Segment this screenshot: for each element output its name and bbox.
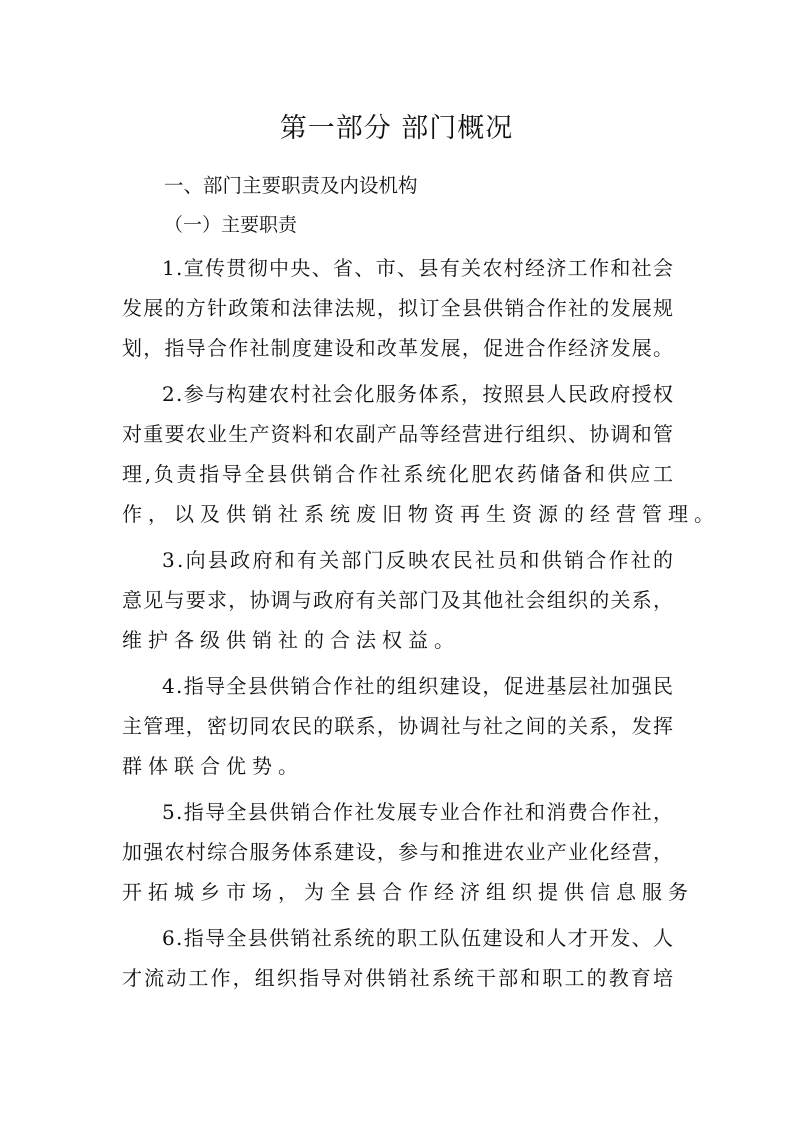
- paragraph-2-line-4: 作，以及供销社系统废旧物资再生资源的经营管理。: [122, 502, 673, 526]
- document-page: 第一部分 部门概况 一、部门主要职责及内设机构 （一）主要职责 1.宣传贯彻中央…: [0, 0, 793, 1122]
- paragraph-3-line-3: 维护各级供销社的合法权益。: [122, 628, 673, 652]
- paragraph-1-line-2: 发展的方针政策和法律法规，拟订全县供销合作社的发展规: [122, 296, 673, 320]
- paragraph-1-line-1: 1.宣传贯彻中央、省、市、县有关农村经济工作和社会: [162, 256, 673, 280]
- section-heading: 一、部门主要职责及内设机构: [164, 170, 418, 198]
- paragraph-6-line-2: 才流动工作，组织指导对供销社系统干部和职工的教育培: [122, 966, 673, 990]
- paragraph-2-line-3: 理,负责指导全县供销合作社系统化肥农药储备和供应工: [122, 462, 673, 486]
- paragraph-1-line-3: 划，指导合作社制度建设和改革发展，促进合作经济发展。: [122, 336, 673, 360]
- paragraph-5-line-2: 加强农村综合服务体系建设，参与和推进农业产业化经营，: [122, 840, 673, 864]
- paragraph-4-line-1: 4.指导全县供销合作社的组织建设，促进基层社加强民: [162, 674, 673, 698]
- paragraph-3-line-2: 意见与要求，协调与政府有关部门及其他社会组织的关系，: [122, 588, 673, 612]
- paragraph-2-line-1: 2.参与构建农村社会化服务体系，按照县人民政府授权: [162, 382, 673, 406]
- paragraph-3-line-1: 3.向县政府和有关部门反映农民社员和供销合作社的: [162, 548, 673, 572]
- paragraph-4-line-3: 群体联合优势。: [122, 754, 673, 778]
- subsection-heading: （一）主要职责: [164, 210, 297, 237]
- paragraph-4-line-2: 主管理，密切同农民的联系，协调社与社之间的关系，发挥: [122, 714, 673, 738]
- paragraph-5-line-1: 5.指导全县供销合作社发展专业合作社和消费合作社，: [162, 800, 673, 824]
- page-title: 第一部分 部门概况: [0, 106, 793, 145]
- paragraph-6-line-1: 6.指导全县供销社系统的职工队伍建设和人才开发、人: [162, 926, 673, 950]
- paragraph-5-line-3: 开拓城乡市场，为全县合作经济组织提供信息服务: [122, 880, 673, 904]
- paragraph-2-line-2: 对重要农业生产资料和农副产品等经营进行组织、协调和管: [122, 422, 673, 446]
